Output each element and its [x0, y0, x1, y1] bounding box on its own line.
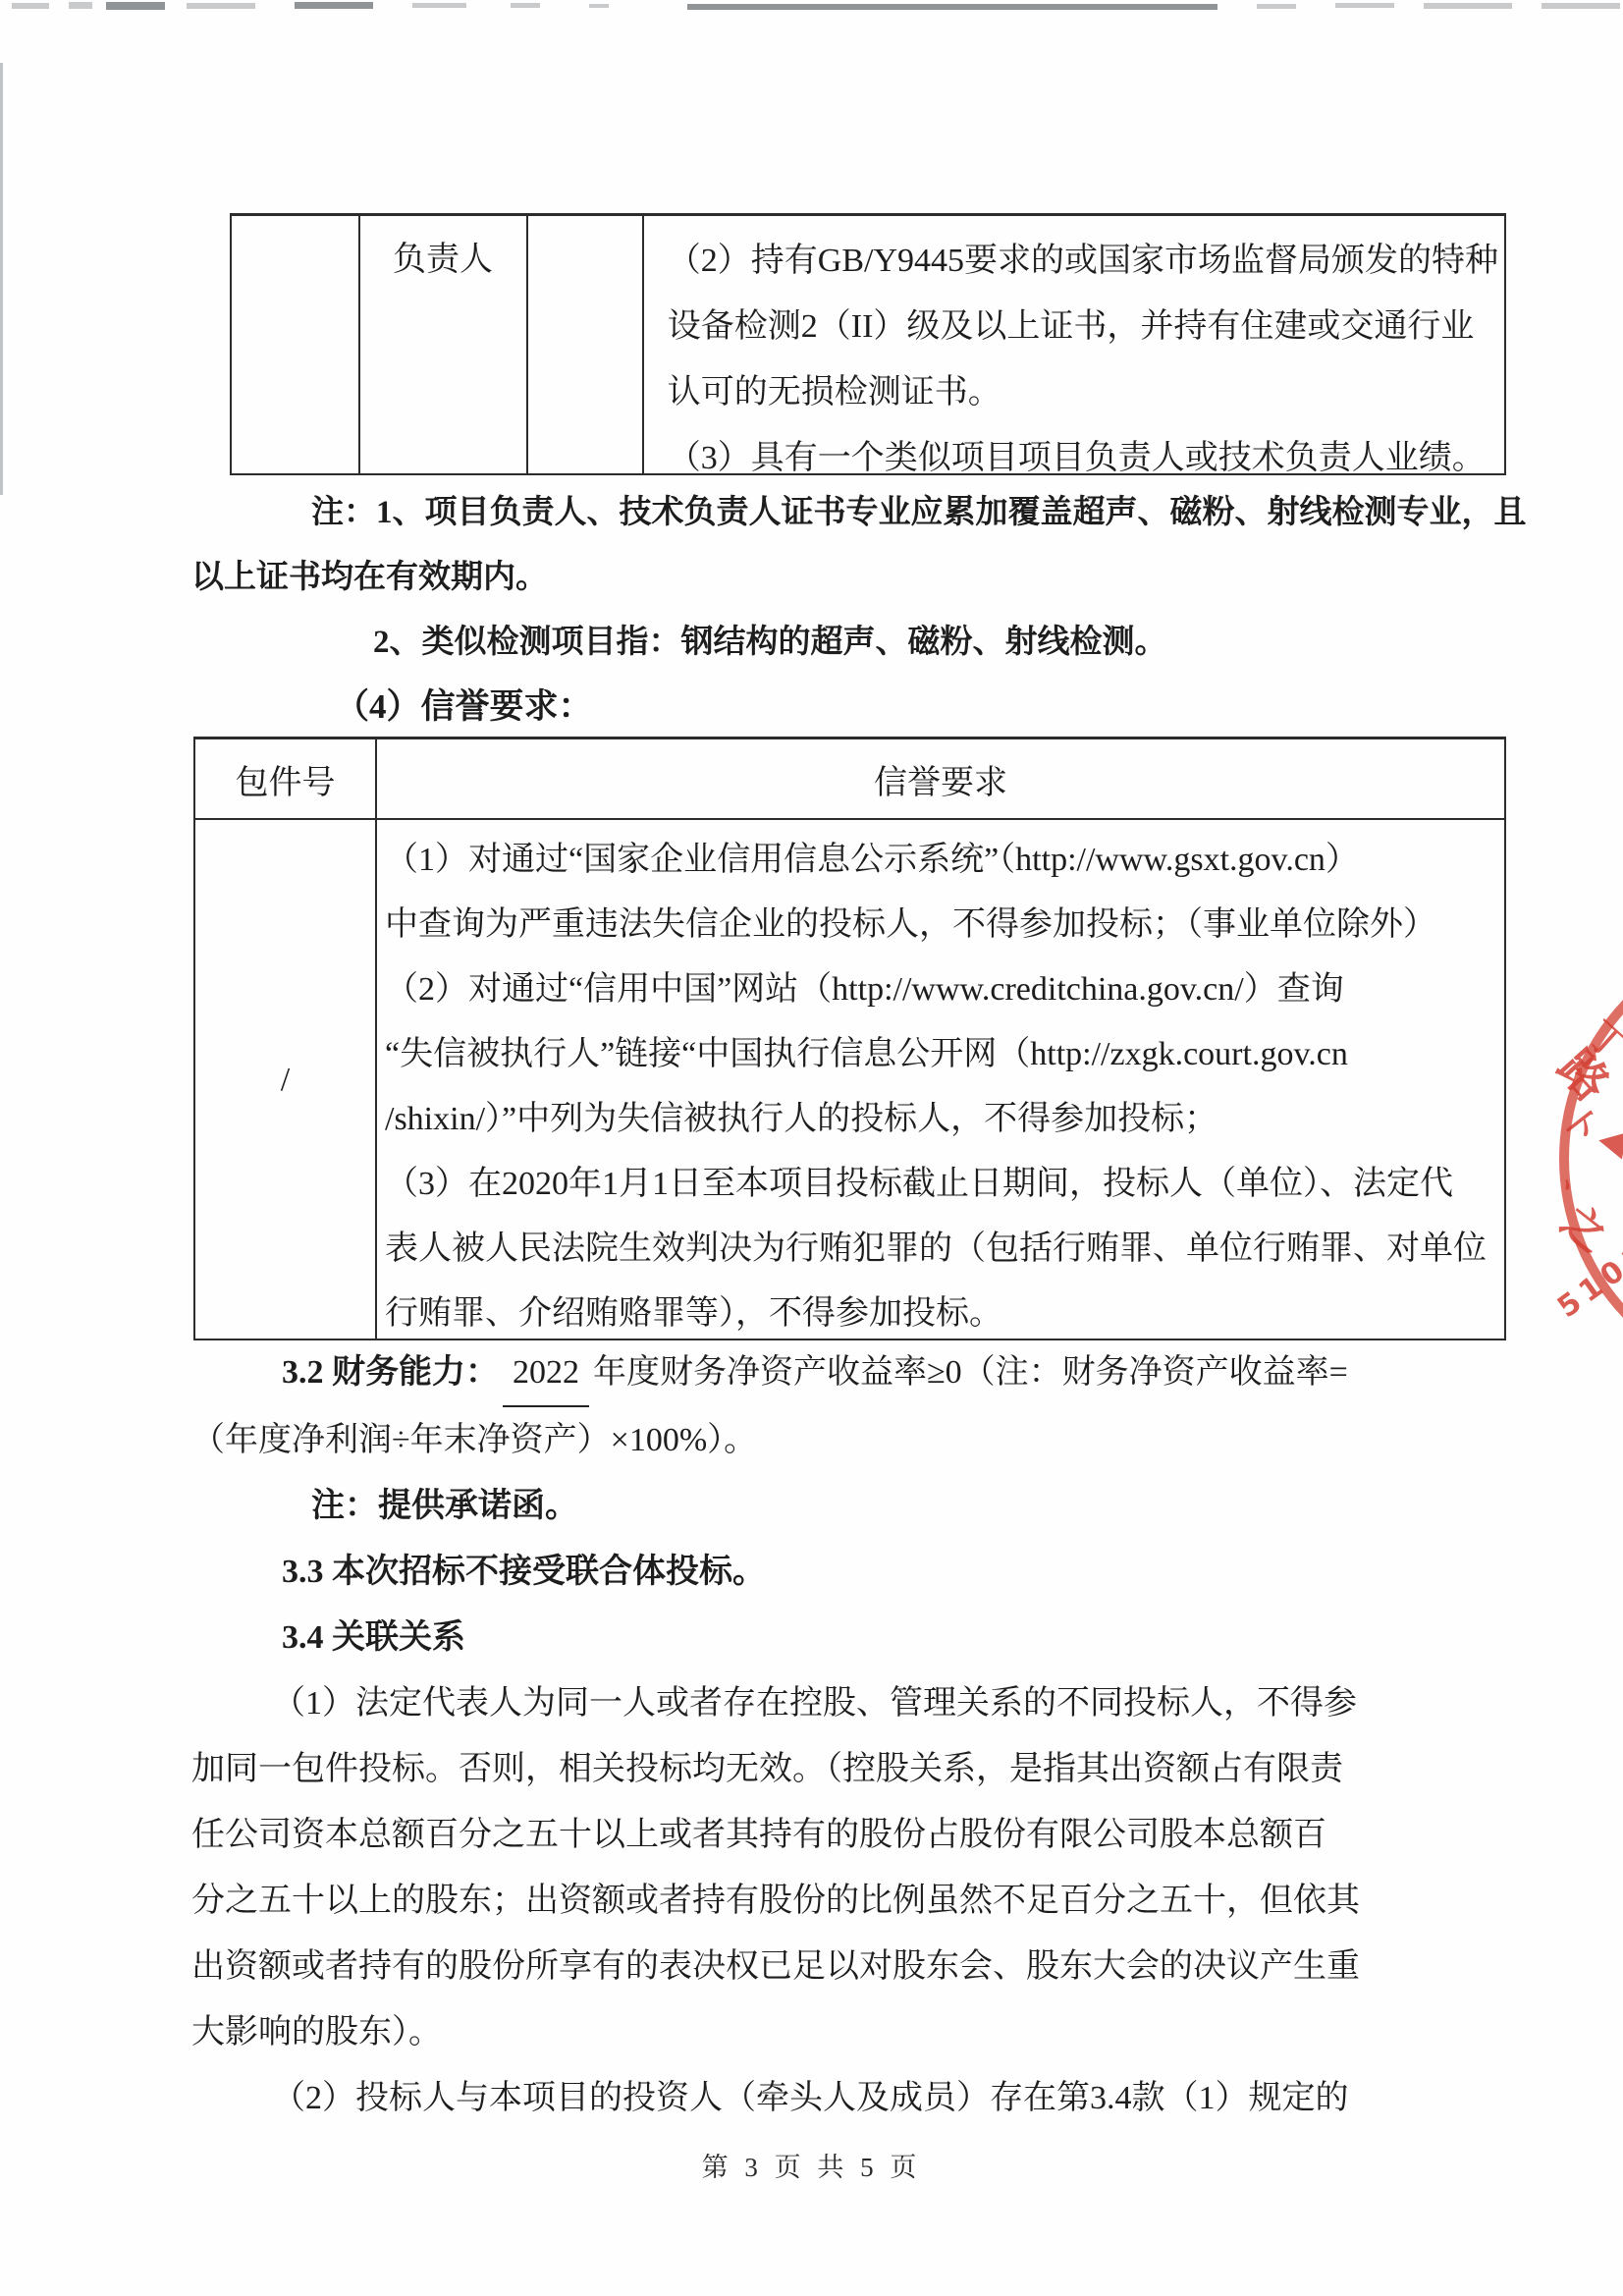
- scan-artifact: [187, 3, 255, 9]
- paragraph-1-line: 出资额或者持有的股份所享有的表决权已足以对股东会、股东大会的决议产生重: [191, 1934, 1517, 1999]
- table-cell-empty: [232, 216, 360, 473]
- scan-artifact: [1257, 4, 1296, 9]
- table-header-row: 包件号 信誉要求: [195, 739, 1504, 820]
- credit-line: /shixin/）”中列为失信被执行人的投标人，不得参加投标；: [385, 1087, 1500, 1152]
- credit-line: “失信被执行人”链接“中国执行信息公开网（http://zxgk.court.g…: [385, 1022, 1500, 1087]
- package-number-value: /: [195, 820, 377, 1339]
- scan-edge-line: [0, 63, 3, 495]
- paragraph-1-line: （1）法定代表人为同一人或者存在控股、管理关系的不同投标人，不得参: [272, 1670, 1517, 1736]
- seal-character: 丁: [1577, 1006, 1623, 1070]
- note-line: 以上证书均在有效期内。: [191, 545, 1517, 610]
- document-page: 负责人 （2）持有GB/Y9445要求的或国家市场监督局颁发的特种 设备检测2（…: [0, 0, 1623, 2296]
- credit-requirement-header: 信誉要求: [377, 739, 1504, 818]
- personnel-requirements-table: 负责人 （2）持有GB/Y9445要求的或国家市场监督局颁发的特种 设备检测2（…: [230, 213, 1506, 475]
- paragraph-2-line: （2）投标人与本项目的投资人（牵头人及成员）存在第3.4款（1）规定的: [272, 2065, 1517, 2131]
- seal-code-digits: 5101: [1551, 1235, 1623, 1326]
- scan-artifact: [1542, 3, 1620, 9]
- scan-artifact: [511, 3, 540, 8]
- credit-line: （2）对通过“信用中国”网站（http://www.creditchina.go…: [385, 957, 1500, 1022]
- seal-character: 之: [1550, 1187, 1623, 1264]
- seal-star-point: [1596, 1126, 1623, 1159]
- paragraph-1-line: 加同一包件投标。否则，相关投标均无效。（控股关系，是指其出资额占有限责: [191, 1736, 1517, 1802]
- requirement-line: 设备检测2（II）级及以上证书，并持有住建或交通行业: [668, 294, 1498, 359]
- note-line: 2、类似检测项目指：钢结构的超声、磁粉、射线检测。: [373, 610, 1517, 675]
- scan-artifact: [1335, 3, 1394, 8]
- credit-requirements-table: 包件号 信誉要求 / （1）对通过“国家企业信用信息公示系统”（http://w…: [193, 737, 1506, 1340]
- section-3-2-label: 3.2 财务能力：: [282, 1354, 499, 1391]
- table-body-row: / （1）对通过“国家企业信用信息公示系统”（http://www.gsxt.g…: [195, 820, 1504, 1339]
- credit-line: （1）对通过“国家企业信用信息公示系统”（http://www.gsxt.gov…: [385, 828, 1500, 893]
- section-3-4-heading: 3.4 关联关系: [282, 1605, 1517, 1670]
- section-3-3-heading: 3.3 本次招标不接受联合体投标。: [282, 1539, 1517, 1605]
- seal-character: 路: [1545, 1033, 1623, 1114]
- requirement-line: （2）持有GB/Y9445要求的或国家市场监督局颁发的特种: [668, 228, 1498, 294]
- role-label-cell: 负责人: [360, 216, 528, 473]
- section-3-2-line: 3.2 财务能力：2022年度财务净资产收益率≥0（注：财务净资产收益率=: [282, 1339, 1517, 1407]
- seal-ring: [1559, 929, 1623, 1389]
- seal-character: 卜: [1552, 1094, 1611, 1150]
- requirements-cell: （2）持有GB/Y9445要求的或国家市场监督局颁发的特种 设备检测2（II）级…: [644, 216, 1504, 473]
- section-3-2-text: 年度财务净资产收益率≥0（注：财务净资产收益率=: [593, 1354, 1348, 1391]
- scan-artifact: [12, 3, 49, 9]
- credit-line: 中查询为严重违法失信企业的投标人，不得参加投标；（事业单位除外）: [385, 893, 1500, 957]
- scan-artifact: [69, 2, 92, 9]
- credit-requirements-heading: （4）信誉要求：: [335, 675, 1517, 739]
- scan-artifact: [1424, 3, 1512, 9]
- section-3-2-note: 注：提供承诺函。: [311, 1473, 1517, 1539]
- scan-artifact: [412, 3, 466, 8]
- paragraph-1-line: 分之五十以上的股东；出资额或者持有股份的比例虽然不足百分之五十，但依其: [191, 1868, 1517, 1934]
- section-3-2-wrap-line: （年度净利润÷年末净资产）×100%）。: [191, 1407, 1517, 1473]
- main-text-block: 3.2 财务能力：2022年度财务净资产收益率≥0（注：财务净资产收益率= （年…: [191, 1339, 1517, 2131]
- scan-artifact: [295, 2, 373, 9]
- scan-artifact: [589, 4, 609, 8]
- paragraph-1-line: 大影响的股东）。: [191, 1999, 1517, 2065]
- page-number-footer: 第 3 页 共 5 页: [0, 2146, 1623, 2184]
- underlined-year: 2022: [503, 1339, 589, 1407]
- credit-line: （3）在2020年1月1日至本项目投标截止日期间，投标人（单位）、法定代: [385, 1152, 1500, 1217]
- note-line: 注：1、项目负责人、技术负责人证书专业应累加覆盖超声、磁粉、射线检测专业，且: [311, 480, 1517, 545]
- notes-block: 注：1、项目负责人、技术负责人证书专业应累加覆盖超声、磁粉、射线检测专业，且 以…: [191, 480, 1517, 739]
- seal-character: 、: [1556, 1157, 1606, 1209]
- credit-line: 行贿罪、介绍贿赂罪等），不得参加投标。: [385, 1282, 1500, 1339]
- scan-artifact: [687, 4, 1217, 10]
- credit-line: 表人被人民法院生效判决为行贿犯罪的（包括行贿罪、单位行贿罪、对单位: [385, 1217, 1500, 1282]
- paragraph-1-line: 任公司资本总额百分之五十以上或者其持有的股份占股份有限公司股本总额百: [191, 1802, 1517, 1868]
- package-number-header: 包件号: [195, 739, 377, 818]
- scan-artifact: [106, 2, 165, 10]
- credit-requirement-cell: （1）对通过“国家企业信用信息公示系统”（http://www.gsxt.gov…: [377, 820, 1504, 1339]
- table-cell-empty: [528, 216, 644, 473]
- requirement-line: 认可的无损检测证书。: [668, 359, 1498, 425]
